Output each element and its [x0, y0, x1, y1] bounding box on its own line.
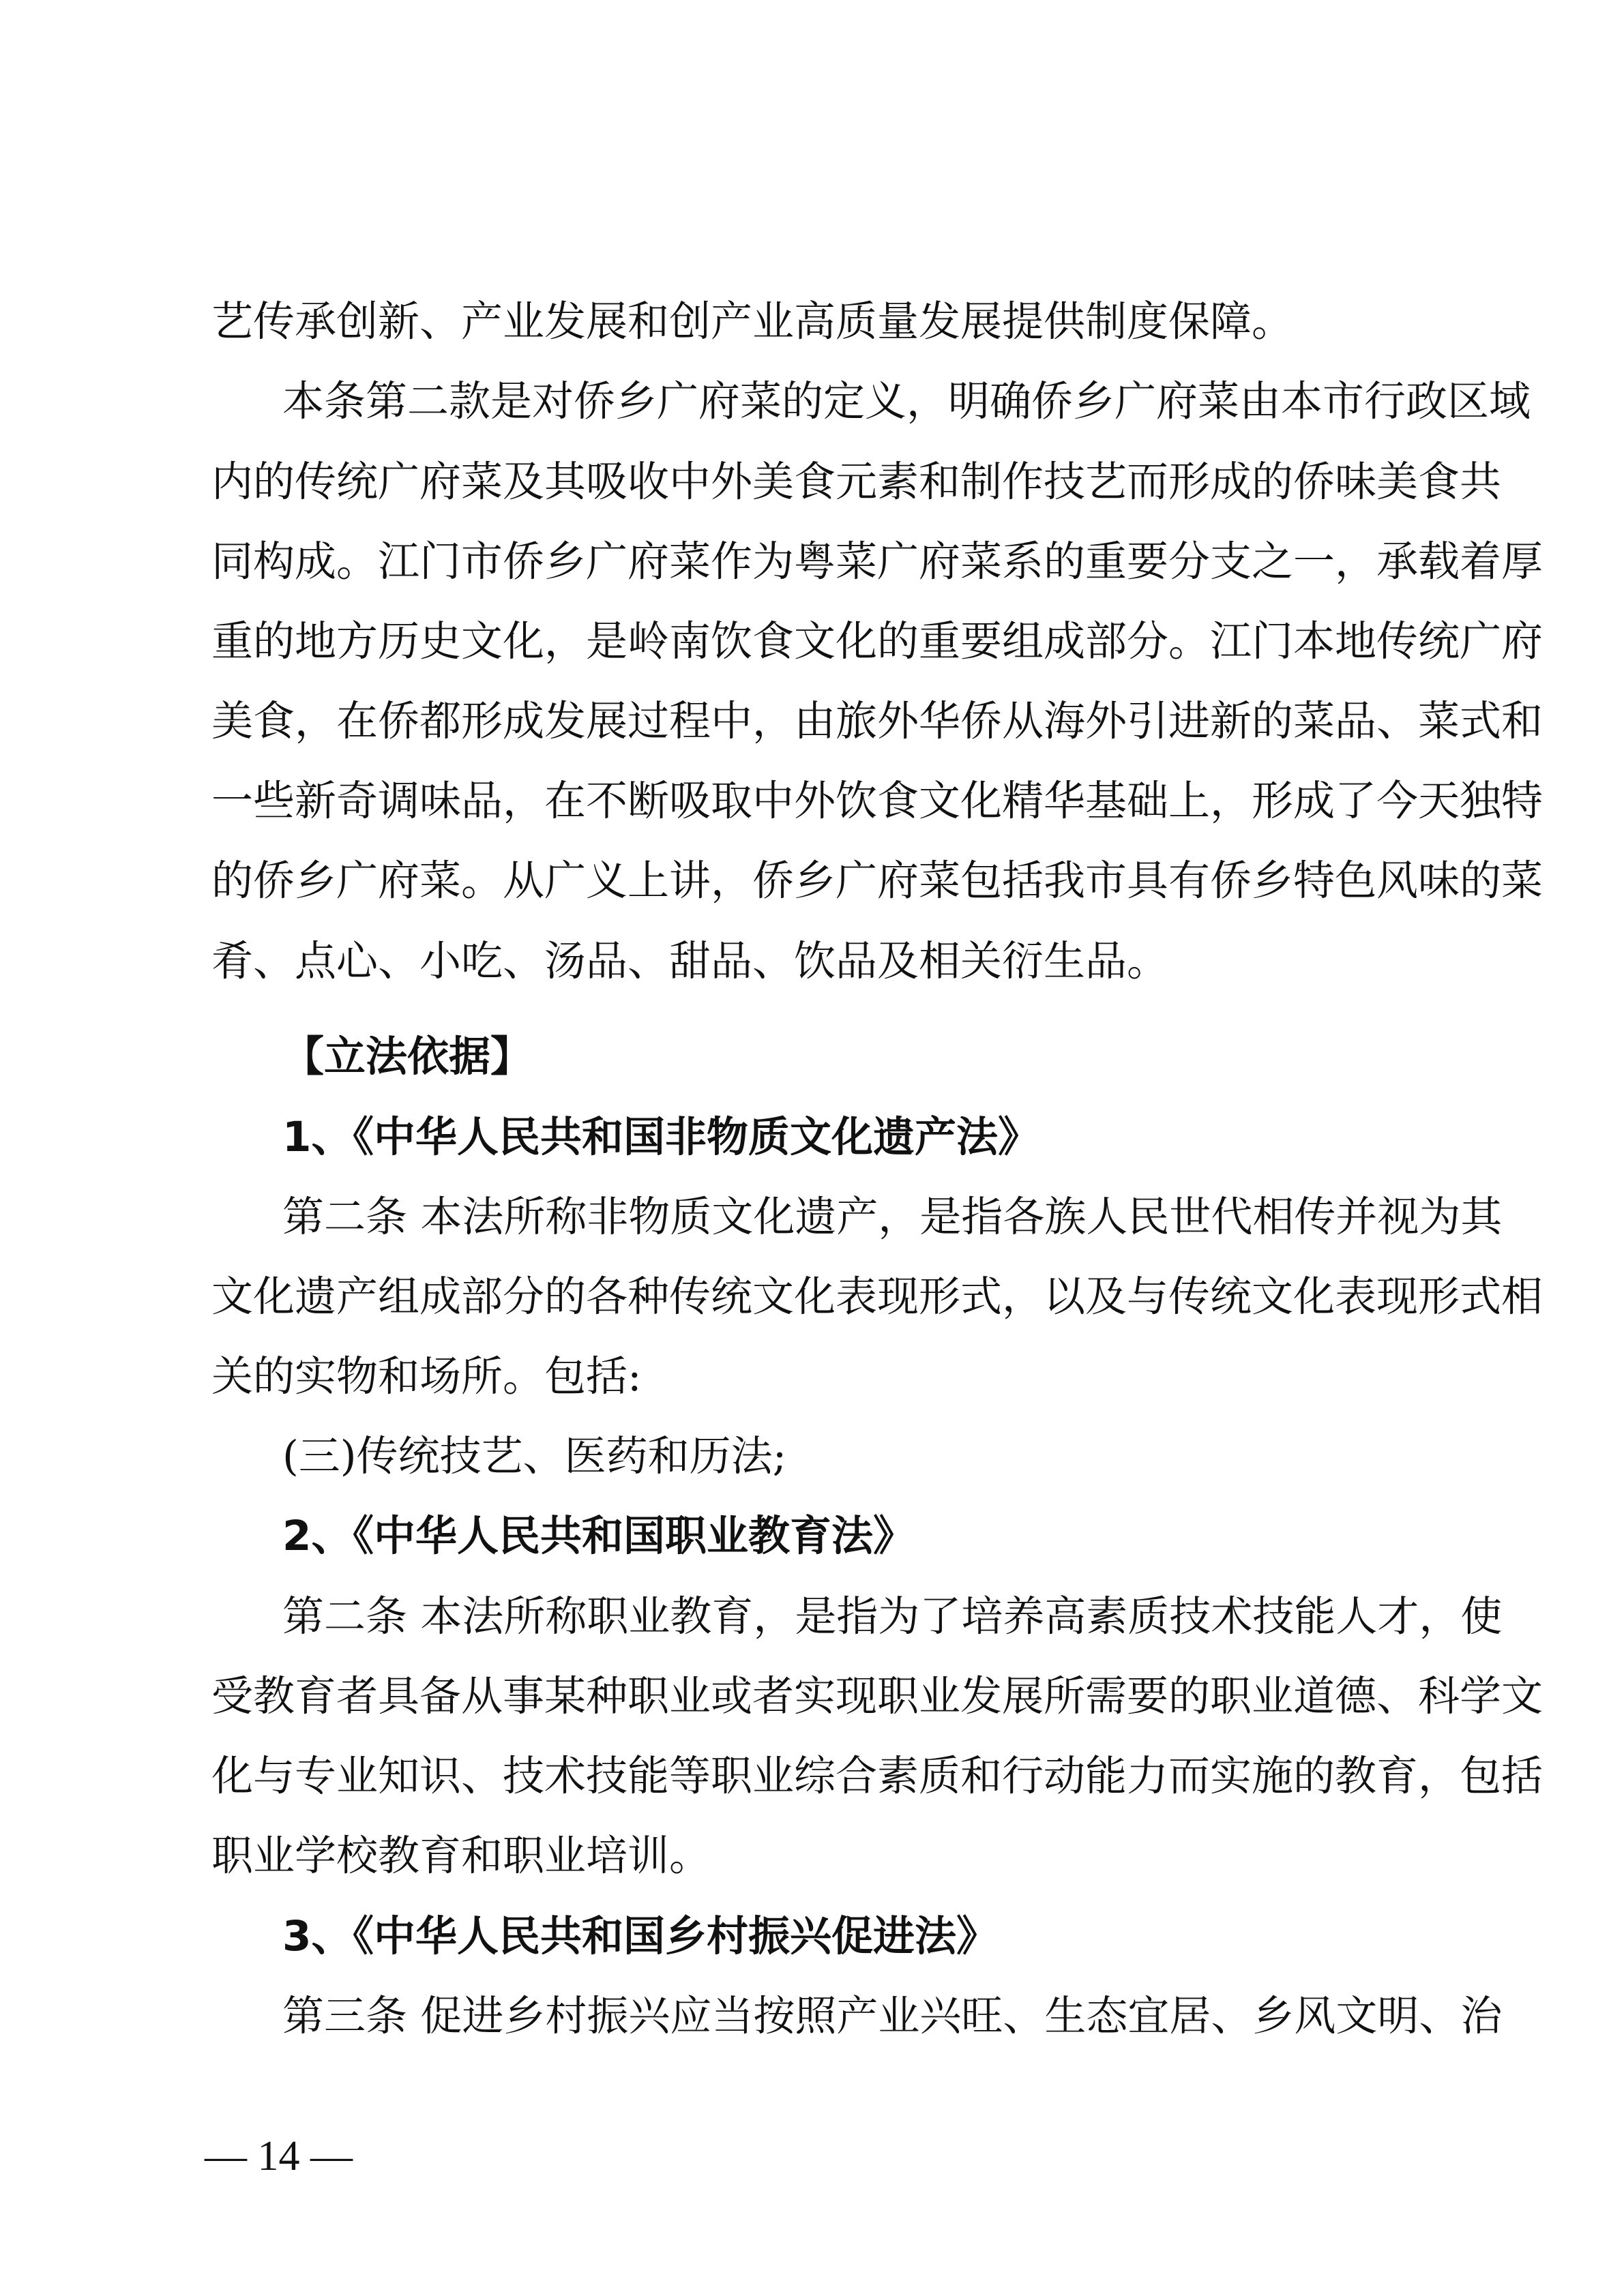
document-page: 艺传承创新、产业发展和创产业高质量发展提供制度保障。 本条第二款是对侨乡广府菜的… [0, 0, 1624, 2296]
page-number: — 14 — [205, 2129, 353, 2183]
body-line: 本条第二款是对侨乡广府菜的定义，明确侨乡广府菜由本市行政区域 [282, 374, 1426, 429]
body-line: 第三条 促进乡村振兴应当按照产业兴旺、生态宜居、乡风文明、治 [282, 1989, 1426, 2044]
body-line: 艺传承创新、产业发展和创产业高质量发展提供制度保障。 [211, 295, 1426, 349]
section-heading: 【立法依据】 [282, 1030, 1426, 1084]
law-heading-2: 2、《中华人民共和国职业教育法》 [282, 1509, 1426, 1564]
body-line: 同构成。江门市侨乡广府菜作为粤菜广府菜系的重要分支之一，承载着厚 [211, 535, 1426, 589]
body-line: 第二条 本法所称非物质文化遗产，是指各族人民世代相传并视为其 [282, 1190, 1426, 1244]
body-line: 一些新奇调味品，在不断吸取中外饮食文化精华基础上，形成了今天独特 [211, 774, 1426, 829]
body-line: 重的地方历史文化，是岭南饮食文化的重要组成部分。江门本地传统广府 [211, 614, 1426, 669]
body-line: 美食，在侨都形成发展过程中，由旅外华侨从海外引进新的菜品、菜式和 [211, 694, 1426, 749]
body-line: 内的传统广府菜及其吸收中外美食元素和制作技艺而形成的侨味美食共 [211, 455, 1426, 509]
body-line: 的侨乡广府菜。从广义上讲，侨乡广府菜包括我市具有侨乡特色风味的菜 [211, 854, 1426, 908]
body-line: 受教育者具备从事某种职业或者实现职业发展所需要的职业道德、科学文 [211, 1669, 1426, 1724]
body-line: 肴、点心、小吃、汤品、甜品、饮品及相关衍生品。 [211, 934, 1426, 989]
law-heading-1: 1、《中华人民共和国非物质文化遗产法》 [282, 1110, 1426, 1165]
law-heading-3: 3、《中华人民共和国乡村振兴促进法》 [282, 1909, 1426, 1964]
body-line: (三)传统技艺、医药和历法; [282, 1429, 1426, 1484]
body-line: 文化遗产组成部分的各种传统文化表现形式，以及与传统文化表现形式相 [211, 1270, 1426, 1324]
body-line: 关的实物和场所。包括: [211, 1350, 1426, 1404]
body-line: 化与专业知识、技术技能等职业综合素质和行动能力而实施的教育，包括 [211, 1749, 1426, 1804]
body-line: 职业学校教育和职业培训。 [211, 1829, 1426, 1883]
body-line: 第二条 本法所称职业教育，是指为了培养高素质技术技能人才，使 [282, 1590, 1426, 1644]
